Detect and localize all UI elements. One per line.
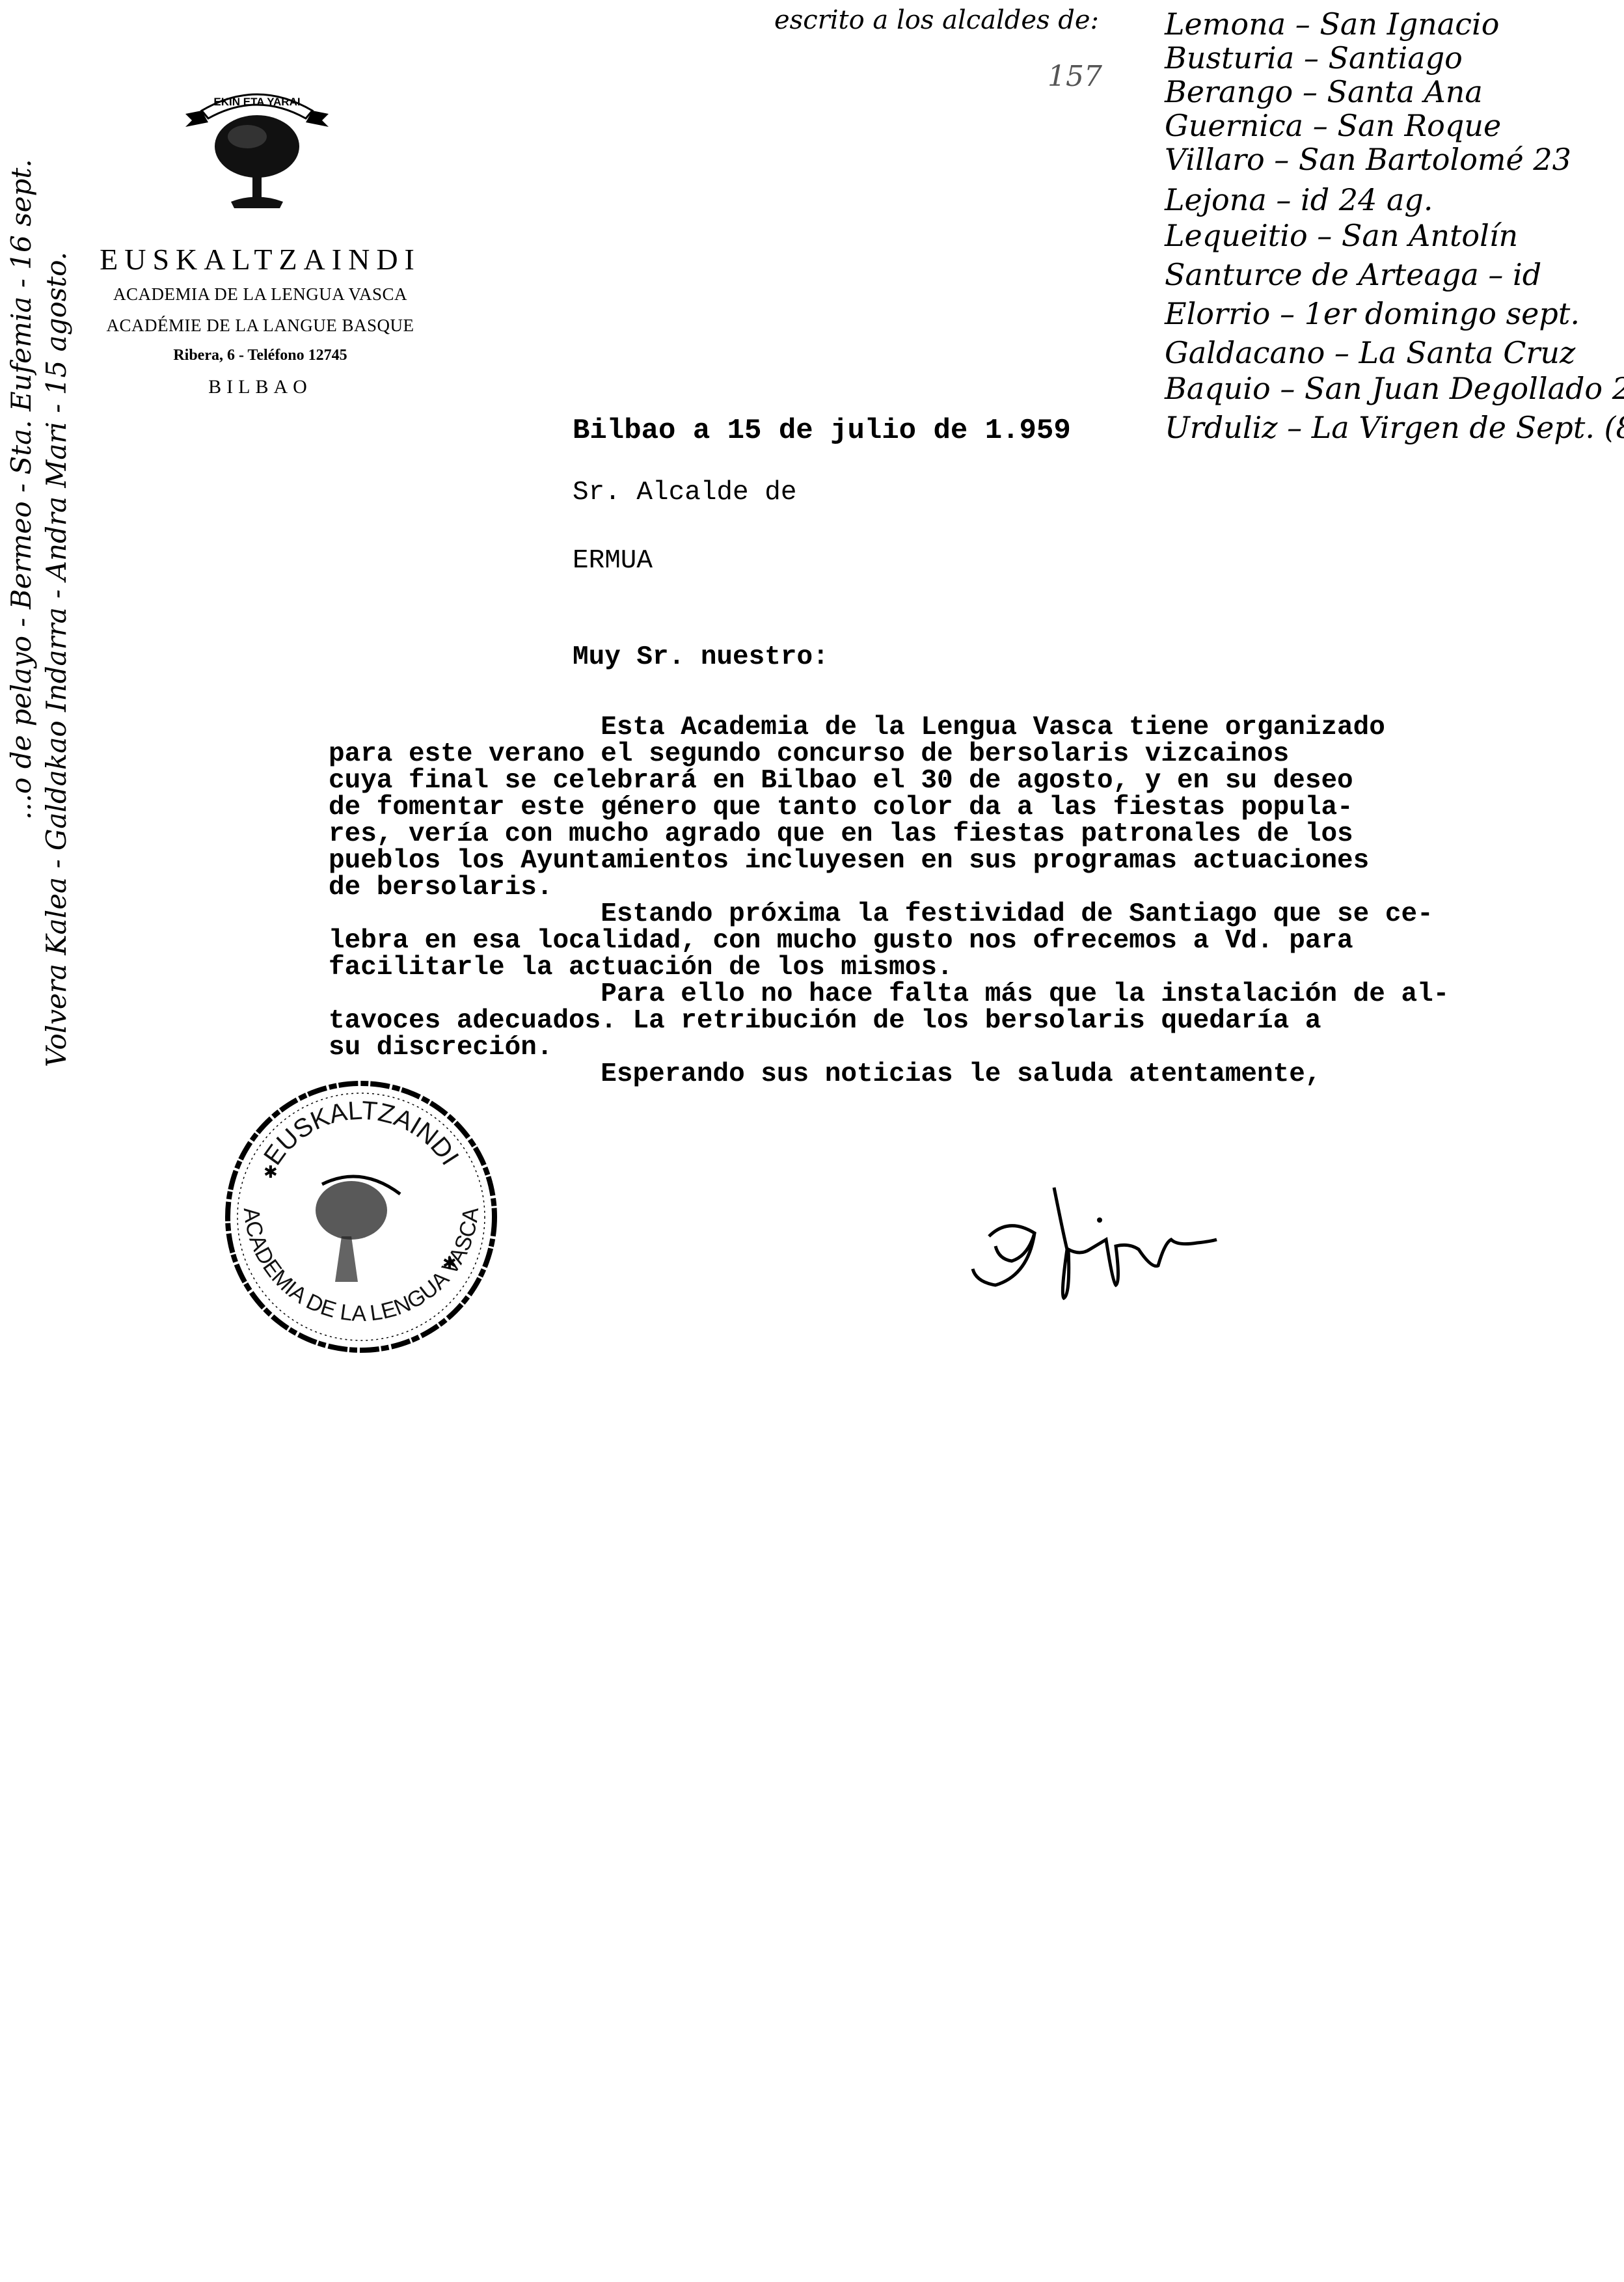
letterhead-city: BILBAO [78,376,442,398]
letter-body: Esta Academia de la Lengua Vasca tiene o… [329,714,1449,1088]
margin-note-line-2: Volvera Kalea - Galdakao Indarra - Andra… [40,252,72,1067]
town-feast-item: Galdacano – La Santa Cruz [1165,335,1575,370]
letterhead-subtitle-es: ACADEMIA DE LA LENGUA VASCA [78,284,442,305]
recipient-line-1: Sr. Alcalde de [573,480,796,506]
letter-body-line: pueblos los Ayuntamientos incluyesen en … [329,848,1449,875]
town-feast-item: Lemona – San Ignacio [1165,7,1499,42]
town-feast-item: Lequeitio – San Antolín [1165,218,1518,253]
page-number: 157 [1048,60,1102,93]
town-feast-item: Elorrio – 1er domingo sept. [1165,296,1580,331]
letter-body-line: lebra en esa localidad, con mucho gusto … [329,928,1449,955]
town-feast-item: Santurce de Arteaga – id [1165,257,1541,292]
town-feast-item: Villaro – San Bartolomé 23 [1165,142,1571,177]
letter-body-line: para este verano el segundo concurso de … [329,741,1449,768]
margin-note-line-1: ...o de pelayo - Bermeo - Sta. Eufemia -… [5,159,37,820]
svg-text:✱: ✱ [264,1163,278,1182]
svg-text:✱: ✱ [442,1254,457,1273]
town-feast-item: Berango – Santa Ana [1165,74,1483,109]
oak-tree-with-banner-icon: EKIN ETA YARAI [176,72,338,221]
letterhead-address: Ribera, 6 - Teléfono 12745 [78,347,442,364]
letter-body-line: Esta Academia de la Lengua Vasca tiene o… [329,714,1449,741]
margin-handwritten-notes: ...o de pelayo - Bermeo - Sta. Eufemia -… [0,0,88,1067]
letter-body-line: su discreción. [329,1035,1449,1061]
recipient-line-2: ERMUA [573,548,653,575]
town-feast-item: Lejona – id 24 ag. [1165,182,1433,217]
town-feast-item: Urduliz – La Virgen de Sept. (8 sept.) [1165,410,1624,445]
letter-body-line: de bersolaris. [329,875,1449,901]
letter-body-line: Estando próxima la festividad de Santiag… [329,901,1449,928]
letter-body-line: facilitarle la actuación de los mismos. [329,955,1449,981]
annotation-header-note: escrito a los alcaldes de: [774,5,1099,35]
town-feast-item: Guernica – San Roque [1165,108,1501,143]
letter-date: Bilbao a 15 de julio de 1.959 [573,416,1071,445]
letter-body-line: res, vería con mucho agrado que en las f… [329,821,1449,848]
letter-body-line: cuya final se celebrará en Bilbao el 30 … [329,768,1449,795]
town-feast-item: Busturia – Santiago [1165,40,1463,75]
town-feast-item: Baquio – San Juan Degollado 29 agosto [1165,371,1624,406]
svg-text:EKIN ETA YARAI: EKIN ETA YARAI [213,96,300,108]
letterhead-name: EUSKALTZAINDI [78,242,442,277]
letter-body-line: de fomentar este género que tanto color … [329,795,1449,821]
handwritten-signature [950,1184,1262,1314]
oak-tree-seal-icon: EUSKALTZAINDI ACADEMIA DE LA LENGUA VASC… [218,1074,504,1360]
letterhead-subtitle-fr: ACADÉMIE DE LA LANGUE BASQUE [78,316,442,336]
letter-body-line: Para ello no hace falta más que la insta… [329,981,1449,1008]
salutation: Muy Sr. nuestro: [573,644,829,671]
letter-body-line: tavoces adecuados. La retribución de los… [329,1008,1449,1035]
